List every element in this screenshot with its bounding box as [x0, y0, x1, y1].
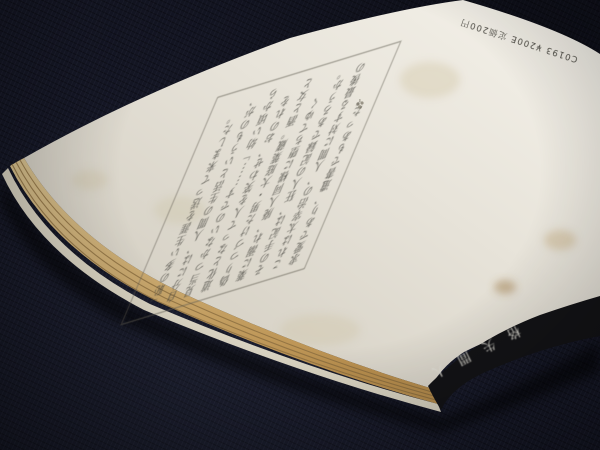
- photo: { "scene_description": "Photograph: a wo…: [0, 0, 600, 450]
